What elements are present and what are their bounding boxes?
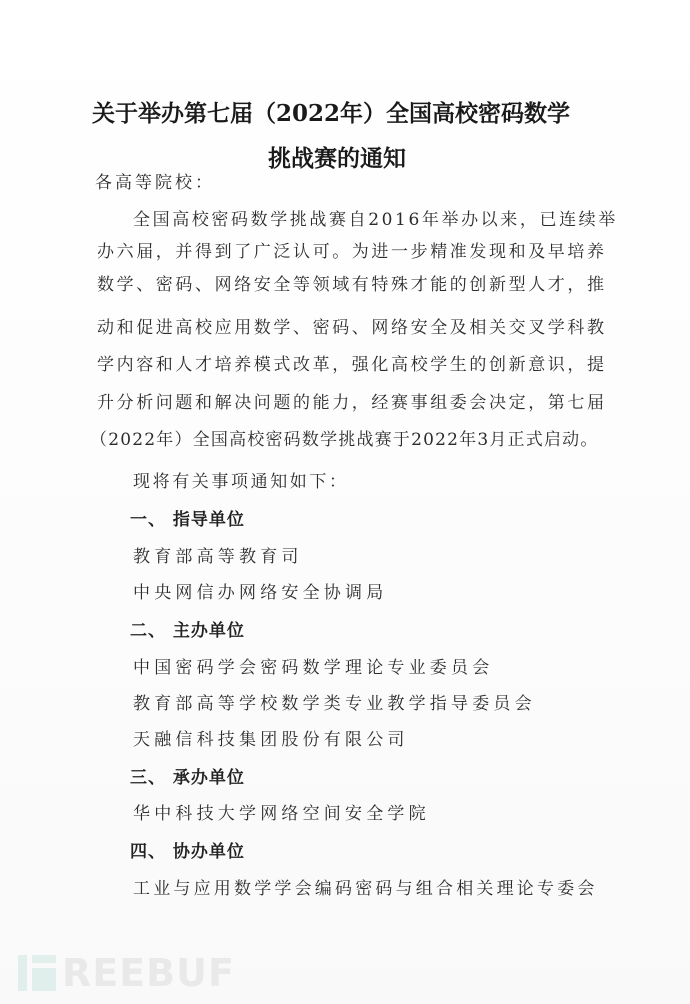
document-page: 关于举办第七届（2022年）全国高校密码数学 挑战赛的通知 各高等院校： 全国高… xyxy=(0,0,690,1004)
section-heading-guidance: 一、 指导单位 xyxy=(130,509,245,531)
section-item: 教育部高等教育司 xyxy=(133,546,303,568)
watermark-text: REEBUF xyxy=(62,955,235,991)
section-heading-co-organizer: 四、 协办单位 xyxy=(130,841,245,863)
section-item: 华中科技大学网络空间安全学院 xyxy=(133,803,430,825)
paragraph-line: 数学、密码、网络安全等领域有特殊才能的创新型人才，推 xyxy=(97,274,607,296)
paragraph-line: 升分析问题和解决问题的能力，经赛事组委会决定，第七届 xyxy=(97,392,607,414)
paragraph-line: 办六届，并得到了广泛认可。为进一步精准发现和及早培养 xyxy=(97,241,607,263)
section-item: 中国密码学会密码数学理论专业委员会 xyxy=(133,657,493,679)
document-title-line-2: 挑战赛的通知 xyxy=(0,140,682,173)
paragraph-line: 学内容和人才培养模式改革，强化高校学生的创新意识，提 xyxy=(97,354,607,376)
section-item: 中央网信办网络安全协调局 xyxy=(133,582,387,604)
freebuf-logo-icon xyxy=(18,955,58,991)
intro-line: 现将有关事项通知如下： xyxy=(133,471,349,493)
paragraph-line: 全国高校密码数学挑战赛自2016年举办以来，已连续举 xyxy=(133,209,618,231)
section-item: 天融信科技集团股份有限公司 xyxy=(133,729,409,751)
section-item: 教育部高等学校数学类专业教学指导委员会 xyxy=(133,693,536,715)
section-heading-organizer: 二、 主办单位 xyxy=(130,620,245,642)
document-title-line-1: 关于举办第七届（2022年）全国高校密码数学 xyxy=(0,95,676,128)
section-heading-host: 三、 承办单位 xyxy=(130,767,245,789)
section-item: 工业与应用数学学会编码密码与组合相关理论专委会 xyxy=(133,878,598,900)
paragraph-line: 动和促进高校应用数学、密码、网络安全及相关交叉学科教 xyxy=(97,317,607,339)
freebuf-watermark: REEBUF xyxy=(18,955,235,991)
greeting: 各高等院校： xyxy=(95,172,215,194)
paragraph-line: （2022年）全国高校密码数学挑战赛于2022年3月正式启动。 xyxy=(90,429,599,451)
